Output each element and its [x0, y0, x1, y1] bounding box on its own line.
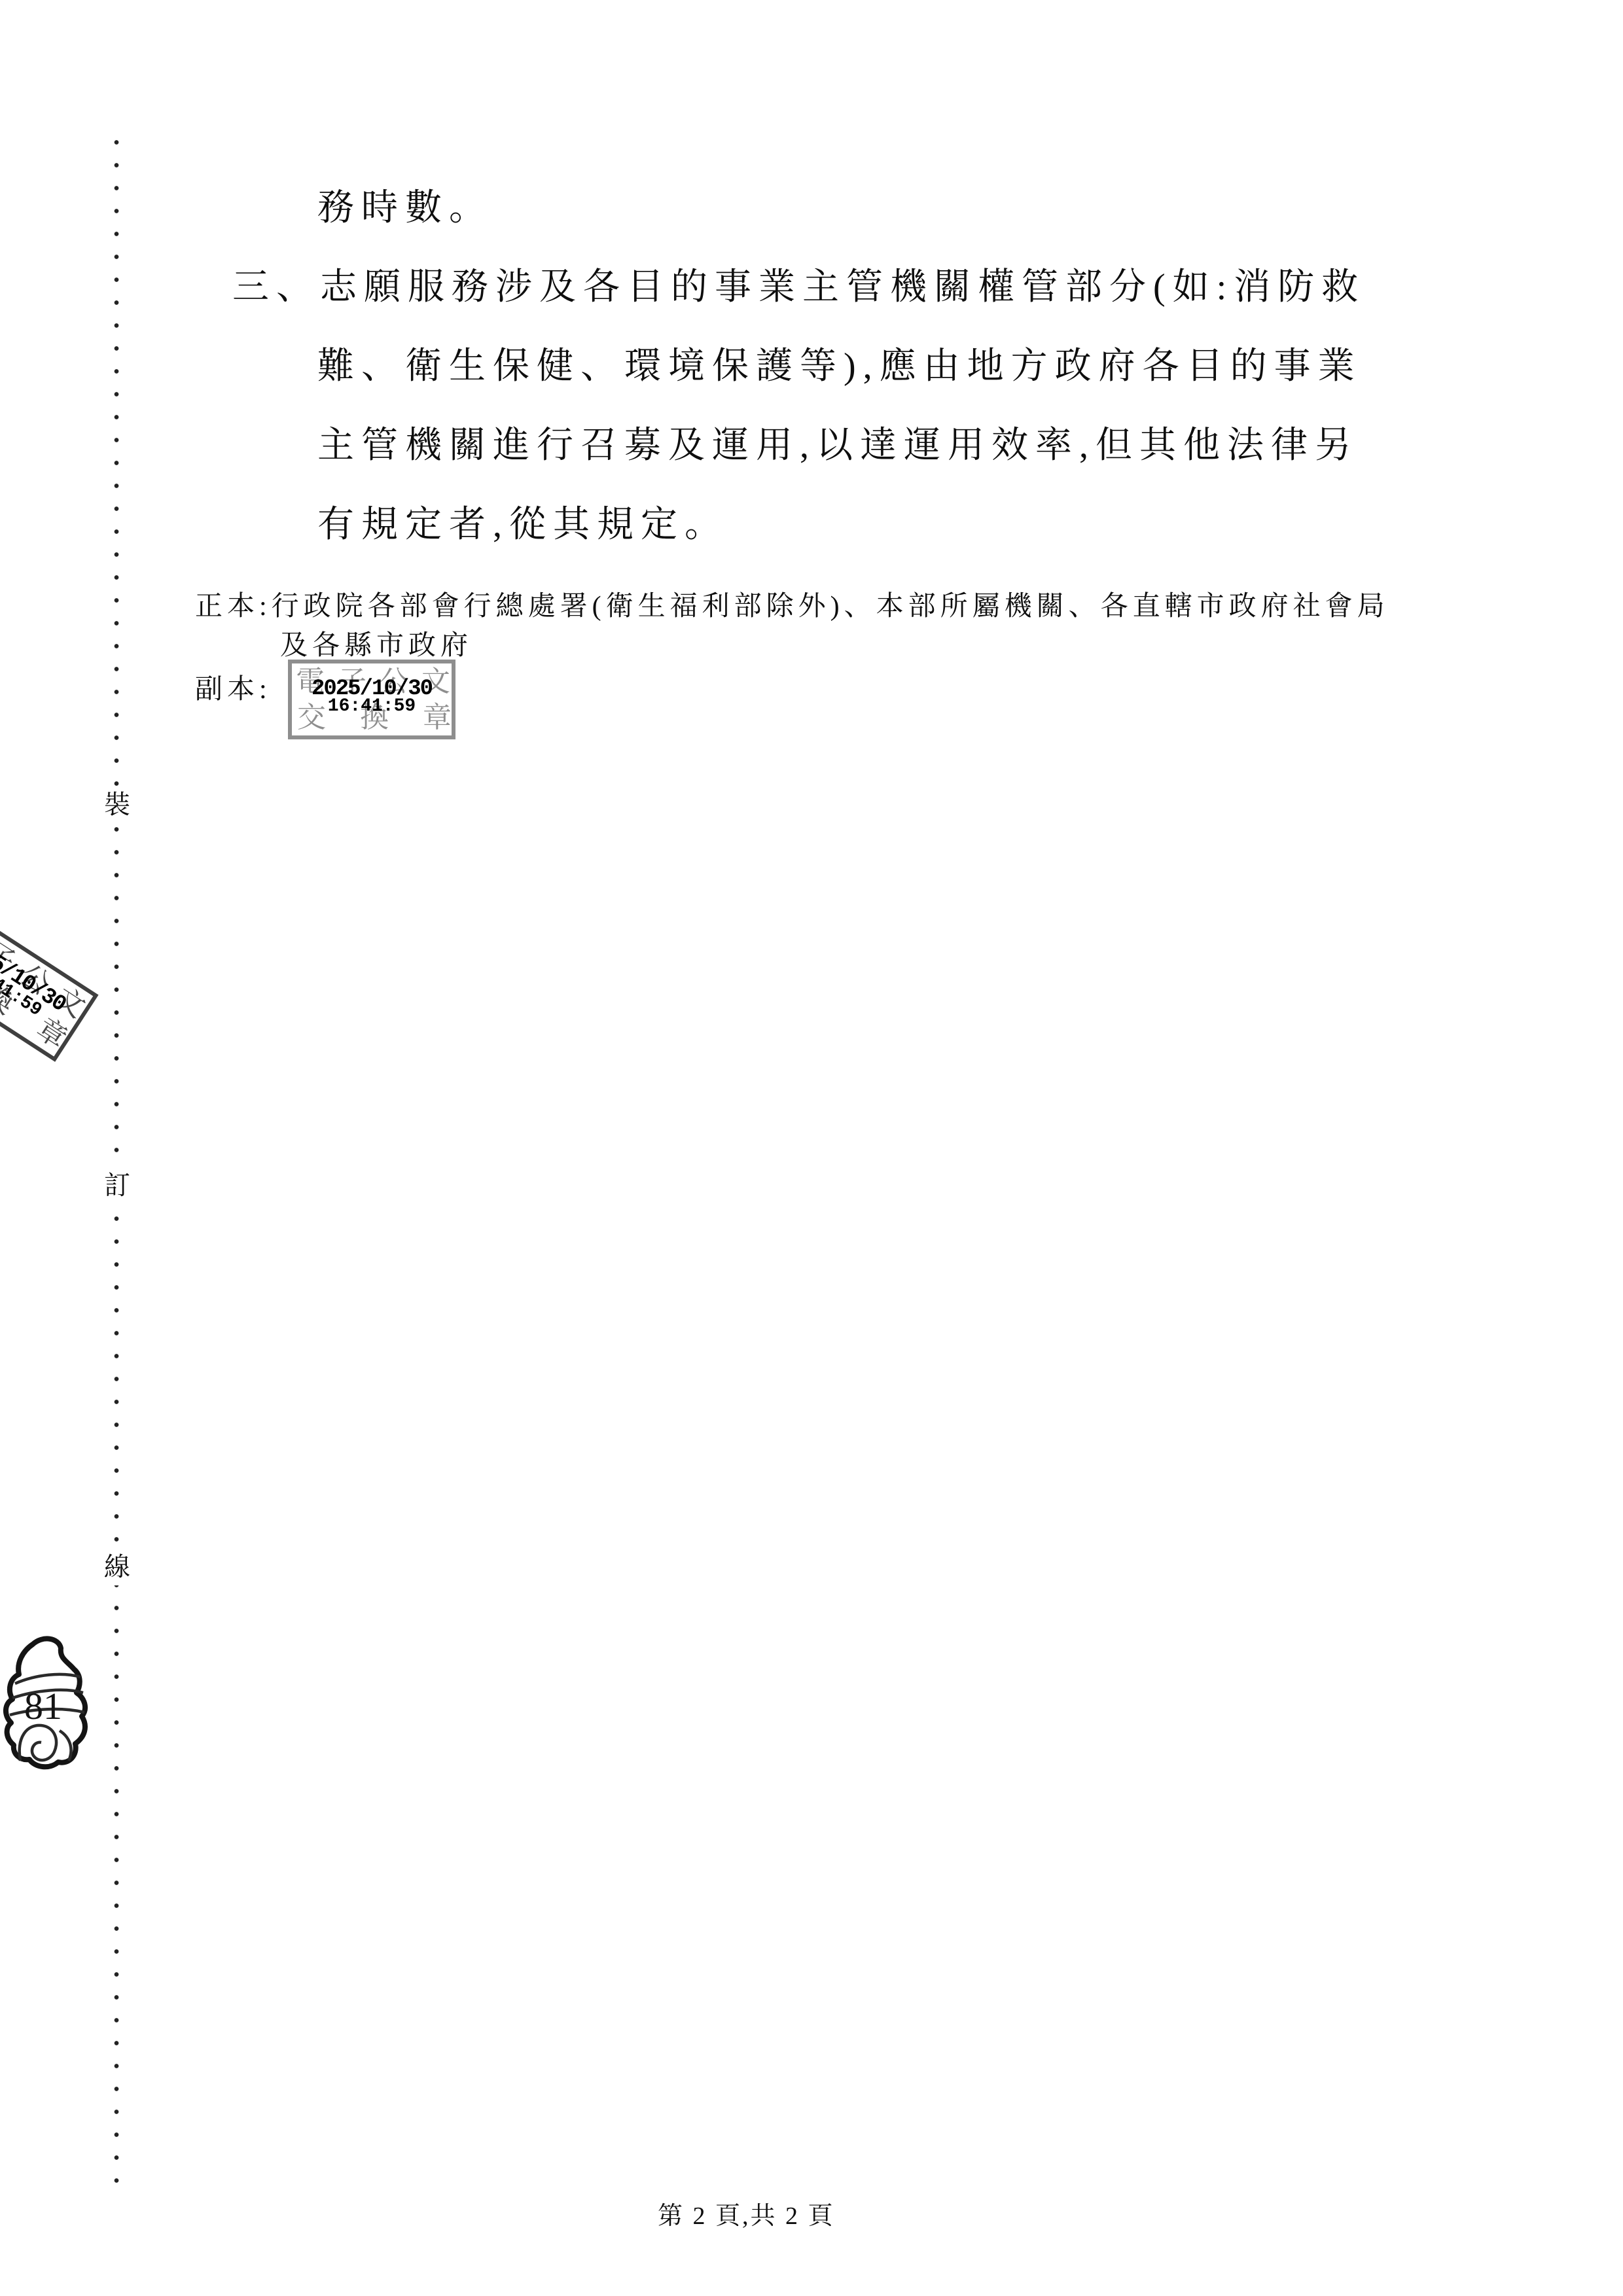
- recipient-original-line1: 正本:行政院各部會行總處署(衛生福利部除外)、本部所屬機關、各直轄市政府社會局: [195, 584, 1389, 624]
- seal-number: 81: [24, 1685, 62, 1727]
- item-three-line-3: 主管機關進行召募及運用,以達運用效率,但其他法律另: [317, 426, 1359, 465]
- item-three-line-4: 有規定者,從其規定。: [317, 505, 728, 544]
- body-continuation-line: 務時數。: [317, 188, 493, 228]
- rotated-exchange-seal: 電子公文 交換章 2025/10/30 16:41:59: [0, 904, 99, 1062]
- recipient-copy-label: 副本:: [195, 667, 272, 707]
- recipient-original-line2: 及各縣市政府: [280, 624, 473, 663]
- page-number: 第 2 頁,共 2 頁: [658, 2195, 835, 2231]
- binding-mark-xian: 線: [102, 1549, 132, 1585]
- binding-mark-ding: 訂: [102, 1167, 132, 1204]
- electronic-exchange-stamp: 電子公文 交換章 2025/10/30 16:41:59: [288, 660, 455, 739]
- binding-mark-zhuang: 裝: [102, 786, 132, 823]
- document-page: 裝 訂 線 務時數。 三、志願服務涉及各目的事業主管機關權管部分(如:消防救 難…: [0, 0, 1623, 2296]
- seal-stroke-1: [15, 1674, 80, 1684]
- item-three-line-2: 難、衛生保健、環境保護等),應由地方政府各目的事業: [317, 347, 1362, 386]
- handwritten-seal: 81: [0, 1633, 101, 1780]
- seal-stroke-4: [20, 1725, 56, 1761]
- binding-dotted-line: [114, 131, 119, 2185]
- seal-stroke-5: [60, 1731, 71, 1761]
- item-three-line-1: 三、志願服務涉及各目的事業主管機關權管部分(如:消防救: [232, 268, 1365, 307]
- exchange-stamp-datetime: 2025/10/30 16:41:59: [292, 678, 452, 716]
